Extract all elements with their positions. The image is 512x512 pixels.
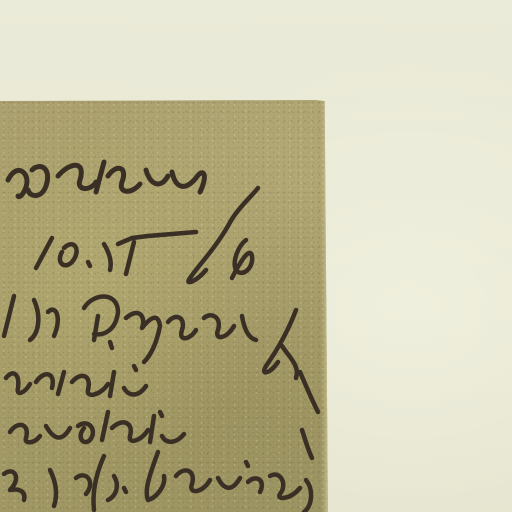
handwriting-line-4 bbox=[6, 366, 318, 412]
handwriting-line-1 bbox=[8, 162, 204, 197]
handwriting-line-6 bbox=[4, 452, 311, 512]
handwriting-line-5 bbox=[10, 412, 312, 458]
handwriting-line-2 bbox=[36, 188, 258, 282]
handwriting-ink bbox=[0, 0, 512, 512]
handwriting-line-3 bbox=[4, 296, 297, 378]
